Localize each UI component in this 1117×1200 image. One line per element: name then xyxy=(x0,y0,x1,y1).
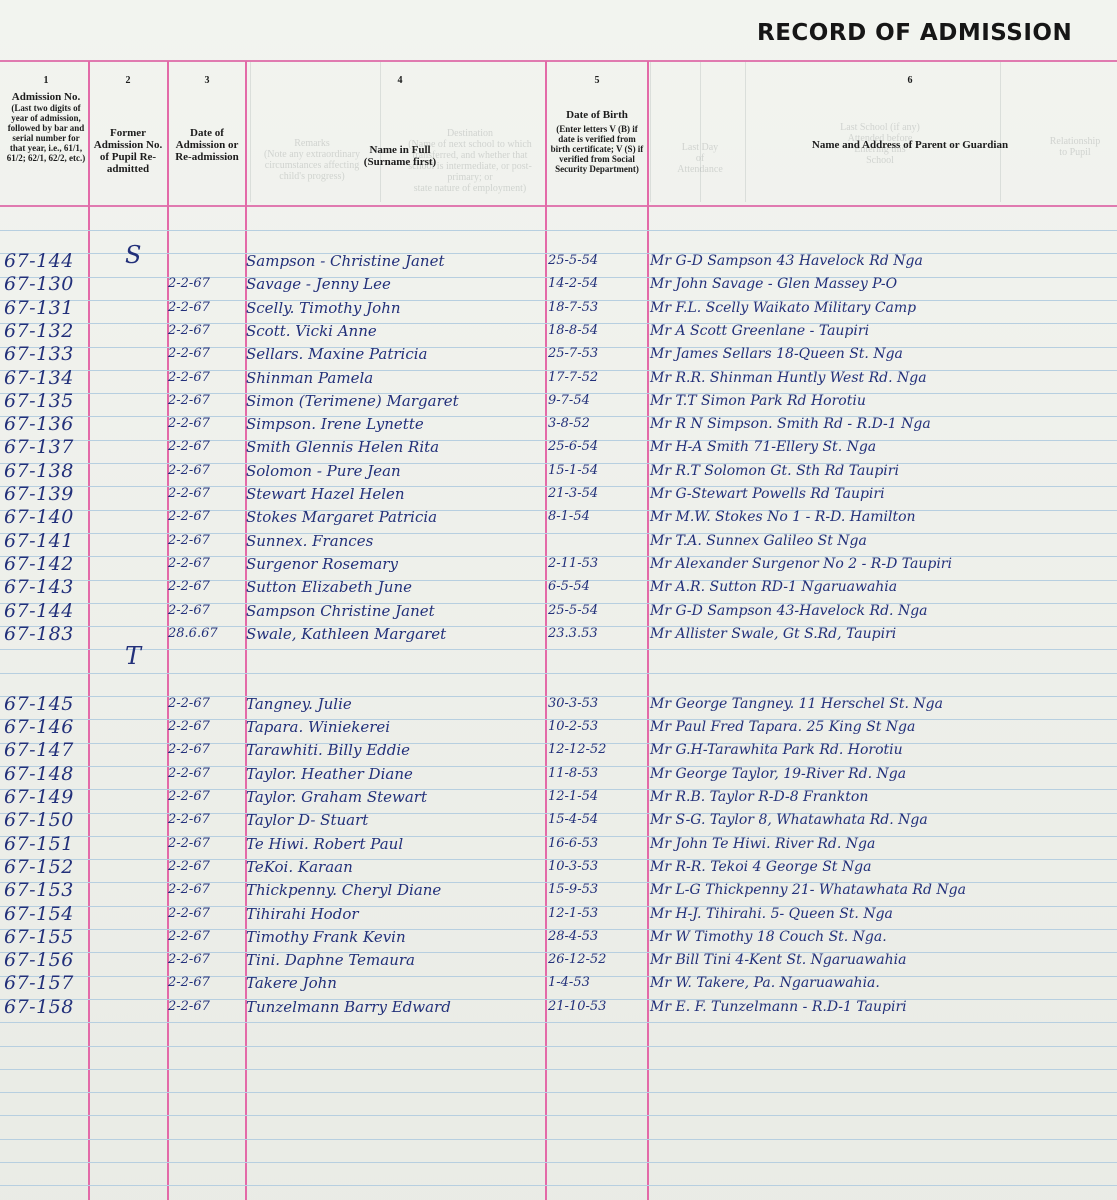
cell-date-adm: 2-2-67 xyxy=(168,998,210,1016)
cell-parent: Mr H-J. Tihirahi. 5- Queen St. Nga xyxy=(650,905,893,923)
cell-name: Solomon - Pure Jean xyxy=(246,462,401,480)
cell-name: Thickpenny. Cheryl Diane xyxy=(246,881,441,899)
cell-dob: 10-3-53 xyxy=(548,858,598,876)
cell-name: Scott. Vicki Anne xyxy=(246,322,377,340)
cell-parent: Mr Bill Tini 4-Kent St. Ngaruawahia xyxy=(650,951,906,969)
cell-adm: 67-141 xyxy=(4,532,74,550)
cell-dob: 25-6-54 xyxy=(548,438,598,456)
cell-adm: 67-147 xyxy=(4,741,74,759)
cell-dob: 8-1-54 xyxy=(548,508,590,526)
cell-adm: 67-144 xyxy=(4,602,74,620)
register-page: RECORD OF ADMISSION Remarks(Note any ext… xyxy=(0,0,1117,1200)
cell-parent: Mr H-A Smith 71-Ellery St. Nga xyxy=(650,438,876,456)
page-title: RECORD OF ADMISSION xyxy=(757,20,1072,46)
cell-date-adm: 2-2-67 xyxy=(168,345,210,363)
cell-parent: Mr A.R. Sutton RD-1 Ngaruawahia xyxy=(650,578,897,596)
cell-name: Sutton Elizabeth June xyxy=(246,578,412,596)
cell-dob: 10-2-53 xyxy=(548,718,598,736)
cell-name: Stokes Margaret Patricia xyxy=(246,508,437,526)
cell-parent: Mr W. Takere, Pa. Ngaruawahia. xyxy=(650,974,880,992)
cell-date-adm: 2-2-67 xyxy=(168,508,210,526)
cell-adm: 67-137 xyxy=(4,438,74,456)
cell-date-adm: 2-2-67 xyxy=(168,275,210,293)
cell-date-adm: 2-2-67 xyxy=(168,415,210,433)
cell-parent: Mr George Taylor, 19-River Rd. Nga xyxy=(650,765,906,783)
ruled-line xyxy=(0,1046,1117,1047)
cell-dob: 21-10-53 xyxy=(548,998,606,1016)
cell-name: Scelly. Timothy John xyxy=(246,299,401,317)
ruled-line xyxy=(0,1162,1117,1163)
cell-dob: 23.3.53 xyxy=(548,625,598,643)
cell-date-adm: 2-2-67 xyxy=(168,788,210,806)
cell-adm: 67-157 xyxy=(4,974,74,992)
cell-parent: Mr W Timothy 18 Couch St. Nga. xyxy=(650,928,887,946)
cell-dob: 15-9-53 xyxy=(548,881,598,899)
cell-parent: Mr John Savage - Glen Massey P-O xyxy=(650,275,897,293)
cell-name: Taylor. Graham Stewart xyxy=(246,788,427,806)
cell-name: TeKoi. Karaan xyxy=(246,858,353,876)
cell-adm: 67-155 xyxy=(4,928,74,946)
cell-parent: Mr Paul Fred Tapara. 25 King St Nga xyxy=(650,718,915,736)
cell-name: Tunzelmann Barry Edward xyxy=(246,998,451,1016)
cell-dob: 28-4-53 xyxy=(548,928,598,946)
cell-date-adm: 2-2-67 xyxy=(168,741,210,759)
cell-dob: 6-5-54 xyxy=(548,578,590,596)
cell-parent: Mr R.R. Shinman Huntly West Rd. Nga xyxy=(650,369,927,387)
cell-adm: 67-150 xyxy=(4,811,74,829)
cell-dob: 2-11-53 xyxy=(548,555,598,573)
cell-adm: 67-132 xyxy=(4,322,74,340)
cell-parent: Mr G-D Sampson 43 Havelock Rd Nga xyxy=(650,252,923,270)
ruled-line xyxy=(0,1092,1117,1093)
cell-date-adm: 2-2-67 xyxy=(168,485,210,503)
column-divider xyxy=(647,61,649,1200)
cell-dob: 12-1-53 xyxy=(548,905,598,923)
cell-dob: 12-1-54 xyxy=(548,788,598,806)
cell-dob: 14-2-54 xyxy=(548,275,598,293)
cell-dob: 12-12-52 xyxy=(548,741,606,759)
cell-date-adm: 2-2-67 xyxy=(168,858,210,876)
cell-name: Surgenor Rosemary xyxy=(246,555,398,573)
cell-name: Timothy Frank Kevin xyxy=(246,928,406,946)
cell-dob: 30-3-53 xyxy=(548,695,598,713)
cell-name: Simon (Terimene) Margaret xyxy=(246,392,459,410)
cell-name: Sampson - Christine Janet xyxy=(246,252,445,270)
cell-name: Sampson Christine Janet xyxy=(246,602,435,620)
cell-name: Tapara. Winiekerei xyxy=(246,718,390,736)
cell-dob: 25-5-54 xyxy=(548,252,598,270)
column-header-name: 4 Name in Full (Surname first) xyxy=(330,75,470,168)
cell-date-adm: 2-2-67 xyxy=(168,905,210,923)
cell-parent: Mr G.H-Tarawhita Park Rd. Horotiu xyxy=(650,741,903,759)
cell-date-adm: 2-2-67 xyxy=(168,392,210,410)
column-header-parent: 6 Name and Address of Parent or Guardian xyxy=(760,75,1060,151)
cell-name: Taylor D- Stuart xyxy=(246,811,368,829)
column-header-former-admission: 2 Former Admission No. of Pupil Re-admit… xyxy=(90,75,166,175)
cell-adm: 67-133 xyxy=(4,345,74,363)
cell-parent: Mr T.T Simon Park Rd Horotiu xyxy=(650,392,866,410)
cell-date-adm: 2-2-67 xyxy=(168,811,210,829)
cell-parent: Mr George Tangney. 11 Herschel St. Nga xyxy=(650,695,943,713)
cell-name: Sellars. Maxine Patricia xyxy=(246,345,427,363)
cell-dob: 25-7-53 xyxy=(548,345,598,363)
cell-name: Shinman Pamela xyxy=(246,369,373,387)
cell-parent: Mr R.B. Taylor R-D-8 Frankton xyxy=(650,788,868,806)
cell-parent: Mr R-R. Tekoi 4 George St Nga xyxy=(650,858,871,876)
cell-adm: 67-144 xyxy=(4,252,74,270)
cell-name: Tarawhiti. Billy Eddie xyxy=(246,741,410,759)
cell-name: Stewart Hazel Helen xyxy=(246,485,405,503)
cell-dob: 3-8-52 xyxy=(548,415,590,433)
cell-dob: 16-6-53 xyxy=(548,835,598,853)
cell-name: Tihirahi Hodor xyxy=(246,905,359,923)
cell-adm: 67-142 xyxy=(4,555,74,573)
cell-date-adm: 2-2-67 xyxy=(168,718,210,736)
cell-date-adm: 2-2-67 xyxy=(168,532,210,550)
cell-date-adm: 2-2-67 xyxy=(168,765,210,783)
ruled-line xyxy=(0,649,1117,650)
cell-date-adm: 2-2-67 xyxy=(168,578,210,596)
cell-dob: 21-3-54 xyxy=(548,485,598,503)
ruled-line xyxy=(0,1115,1117,1116)
cell-date-adm: 2-2-67 xyxy=(168,695,210,713)
column-divider xyxy=(545,61,547,1200)
cell-dob: 18-7-53 xyxy=(548,299,598,317)
cell-adm: 67-135 xyxy=(4,392,74,410)
cell-former: S xyxy=(125,246,141,264)
cell-adm: 67-151 xyxy=(4,835,74,853)
ruled-line xyxy=(0,230,1117,231)
cell-parent: Mr R.T Solomon Gt. Sth Rd Taupiri xyxy=(650,462,899,480)
cell-dob: 9-7-54 xyxy=(548,392,590,410)
cell-adm: 67-131 xyxy=(4,299,74,317)
cell-name: Smith Glennis Helen Rita xyxy=(246,438,439,456)
cell-dob: 17-7-52 xyxy=(548,369,598,387)
cell-adm: 67-143 xyxy=(4,578,74,596)
cell-adm: 67-146 xyxy=(4,718,74,736)
cell-date-adm: 2-2-67 xyxy=(168,835,210,853)
cell-date-adm: 2-2-67 xyxy=(168,951,210,969)
column-divider xyxy=(88,61,90,1200)
cell-parent: Mr G-D Sampson 43-Havelock Rd. Nga xyxy=(650,602,928,620)
cell-parent: Mr S-G. Taylor 8, Whatawhata Rd. Nga xyxy=(650,811,928,829)
ruled-line xyxy=(0,673,1117,674)
cell-date-adm: 2-2-67 xyxy=(168,881,210,899)
cell-parent: Mr M.W. Stokes No 1 - R-D. Hamilton xyxy=(650,508,916,526)
cell-parent: Mr E. F. Tunzelmann - R.D-1 Taupiri xyxy=(650,998,907,1016)
cell-name: Taylor. Heather Diane xyxy=(246,765,413,783)
cell-parent: Mr James Sellars 18-Queen St. Nga xyxy=(650,345,903,363)
cell-date-adm: 2-2-67 xyxy=(168,369,210,387)
cell-date-adm: 2-2-67 xyxy=(168,462,210,480)
cell-adm: 67-140 xyxy=(4,508,74,526)
cell-adm: 67-149 xyxy=(4,788,74,806)
cell-former: T xyxy=(125,647,141,665)
column-header-date-admission: 3 Date of Admission or Re-admission xyxy=(170,75,244,163)
cell-adm: 67-153 xyxy=(4,881,74,899)
ruled-line xyxy=(0,1069,1117,1070)
cell-adm: 67-130 xyxy=(4,275,74,293)
cell-date-adm: 2-2-67 xyxy=(168,299,210,317)
cell-parent: Mr John Te Hiwi. River Rd. Nga xyxy=(650,835,875,853)
cell-adm: 67-145 xyxy=(4,695,74,713)
cell-name: Simpson. Irene Lynette xyxy=(246,415,424,433)
cell-adm: 67-134 xyxy=(4,369,74,387)
cell-dob: 25-5-54 xyxy=(548,602,598,620)
cell-parent: Mr F.L. Scelly Waikato Military Camp xyxy=(650,299,916,317)
cell-name: Tangney. Julie xyxy=(246,695,352,713)
cell-dob: 26-12-52 xyxy=(548,951,606,969)
cell-parent: Mr L-G Thickpenny 21- Whatawhata Rd Nga xyxy=(650,881,966,899)
cell-adm: 67-158 xyxy=(4,998,74,1016)
cell-dob: 11-8-53 xyxy=(548,765,598,783)
cell-parent: Mr T.A. Sunnex Galileo St Nga xyxy=(650,532,867,550)
column-header-admission-no: 1 Admission No. (Last two digits of year… xyxy=(4,75,88,163)
cell-adm: 67-156 xyxy=(4,951,74,969)
cell-name: Swale, Kathleen Margaret xyxy=(246,625,446,643)
cell-adm: 67-138 xyxy=(4,462,74,480)
cell-dob: 15-4-54 xyxy=(548,811,598,829)
cell-date-adm: 2-2-67 xyxy=(168,928,210,946)
cell-date-adm: 2-2-67 xyxy=(168,322,210,340)
cell-adm: 67-136 xyxy=(4,415,74,433)
cell-name: Te Hiwi. Robert Paul xyxy=(246,835,403,853)
cell-parent: Mr Allister Swale, Gt S.Rd, Taupiri xyxy=(650,625,896,643)
ruled-line xyxy=(0,1139,1117,1140)
cell-adm: 67-148 xyxy=(4,765,74,783)
cell-adm: 67-139 xyxy=(4,485,74,503)
cell-parent: Mr G-Stewart Powells Rd Taupiri xyxy=(650,485,885,503)
cell-adm: 67-152 xyxy=(4,858,74,876)
cell-name: Tini. Daphne Temaura xyxy=(246,951,415,969)
cell-name: Savage - Jenny Lee xyxy=(246,275,391,293)
cell-dob: 1-4-53 xyxy=(548,974,590,992)
cell-parent: Mr A Scott Greenlane - Taupiri xyxy=(650,322,869,340)
cell-adm: 67-183 xyxy=(4,625,74,643)
cell-date-adm: 28.6.67 xyxy=(168,625,218,643)
cell-dob: 15-1-54 xyxy=(548,462,598,480)
cell-date-adm: 2-2-67 xyxy=(168,555,210,573)
cell-name: Takere John xyxy=(246,974,337,992)
cell-adm: 67-154 xyxy=(4,905,74,923)
cell-name: Sunnex. Frances xyxy=(246,532,373,550)
cell-date-adm: 2-2-67 xyxy=(168,602,210,620)
ruled-line xyxy=(0,1022,1117,1023)
ruled-line xyxy=(0,1185,1117,1186)
cell-parent: Mr Alexander Surgenor No 2 - R-D Taupiri xyxy=(650,555,952,573)
column-header-dob: 5 Date of Birth (Enter letters V (B) if … xyxy=(548,75,646,174)
cell-dob: 18-8-54 xyxy=(548,322,598,340)
cell-date-adm: 2-2-67 xyxy=(168,974,210,992)
cell-date-adm: 2-2-67 xyxy=(168,438,210,456)
cell-parent: Mr R N Simpson. Smith Rd - R.D-1 Nga xyxy=(650,415,931,433)
